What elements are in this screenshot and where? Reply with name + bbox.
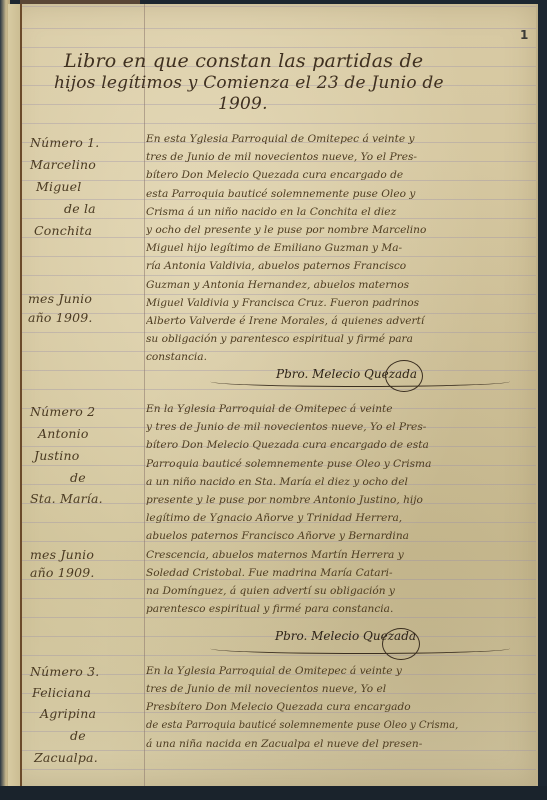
entry-3-line: Presbítero Don Melecio Quezada cura enca… (146, 698, 528, 716)
entry-2-line: abuelos paternos Francisco Añorve y Bern… (146, 527, 528, 545)
entry-3-line: de esta Parroquia bauticé solemnemente p… (146, 717, 528, 735)
entry-2-name-4: Sta. María. (30, 490, 103, 508)
entry-1-line: ría Antonia Valdivia, abuelos paternos F… (146, 257, 528, 275)
entry-2-name-1: Antonio (38, 425, 89, 443)
entry-1-line: tres de Junio de mil novecientos nueve, … (146, 148, 528, 166)
entry-1-line: Guzman y Antonia Hernandez, abuelos mate… (146, 276, 528, 294)
entry-1-line: constancia. (146, 348, 528, 366)
entry-3-number: Número 3. (30, 663, 99, 681)
entry-2-year: año 1909. (30, 564, 95, 582)
entry-3-name-3: de (70, 727, 86, 745)
entry-1-line: Miguel Valdivia y Francisca Cruz. Fueron… (146, 294, 528, 312)
entry-1-name-2: Miguel (36, 178, 81, 196)
entry-1-name-3: de la (64, 200, 96, 218)
entry-2-month: mes Junio (30, 546, 94, 564)
page-left-strip (8, 4, 22, 786)
entry-1-line: En esta Yglesia Parroquial de Omitepec á… (146, 130, 528, 148)
entry-2-number: Número 2 (30, 403, 95, 421)
entry-1-line: Miguel hijo legítimo de Emiliano Guzman … (146, 239, 528, 257)
signature-loop (385, 360, 423, 392)
entry-2-line: y tres de Junio de mil novecientos nueve… (146, 418, 528, 436)
entry-2-line: legítimo de Ygnacio Añorve y Trinidad He… (146, 509, 528, 527)
entry-2-line: Parroquia bauticé solemnemente puse Oleo… (146, 455, 528, 473)
entry-2-line: En la Yglesia Parroquial de Omitepec á v… (146, 400, 528, 418)
signature-flourish (210, 376, 510, 387)
entry-2-line: Crescencia, abuelos maternos Martín Herr… (146, 546, 528, 564)
entry-2-line: Soledad Cristobal. Fue madrina María Cat… (146, 564, 528, 582)
title-line-2: hijos legítimos y Comienza el 23 de Juni… (54, 74, 444, 92)
entry-2-line: na Domínguez, á quien advertí su obligac… (146, 582, 528, 600)
entry-2-line: bítero Don Melecio Quezada cura encargad… (146, 436, 528, 454)
entry-1-body: En esta Yglesia Parroquial de Omitepec á… (146, 130, 528, 367)
entry-2-line: parentesco espiritual y firmé para const… (146, 600, 528, 618)
page-number: 1 (520, 28, 528, 42)
entry-2-body: En la Yglesia Parroquial de Omitepec á v… (146, 400, 528, 618)
entry-3-line: á una niña nacida en Zacualpa el nueve d… (146, 735, 528, 753)
entry-3-name-1: Feliciana (32, 684, 91, 702)
entry-1-line: y ocho del presente y le puse por nombre… (146, 221, 528, 239)
entry-1-line: esta Parroquia bauticé solemnemente puse… (146, 185, 528, 203)
entry-1-line: Alberto Valverde é Irene Morales, á quie… (146, 312, 528, 330)
entry-2-name-3: de (70, 469, 86, 487)
signature-loop (382, 628, 420, 660)
entry-1-line: su obligación y parentesco espiritual y … (146, 330, 528, 348)
entry-3-line: tres de Junio de mil novecientos nueve, … (146, 680, 528, 698)
entry-1-year: año 1909. (28, 309, 93, 327)
scan-bottom-edge (0, 786, 547, 800)
entry-3-body: En la Yglesia Parroquial de Omitepec á v… (146, 662, 528, 753)
entry-3-name-4: Zacualpa. (34, 749, 98, 767)
entry-1-name-4: Conchita (34, 222, 92, 240)
entry-3-name-2: Agripina (40, 705, 96, 723)
entry-1-line: Crisma á un niño nacido en la Conchita e… (146, 203, 528, 221)
entry-2-line: presente y le puse por nombre Antonio Ju… (146, 491, 528, 509)
title-line-3: 1909. (218, 95, 268, 113)
entry-1-number: Número 1. (30, 134, 99, 152)
entry-2-line: a un niño nacido en Sta. María el diez y… (146, 473, 528, 491)
signature-flourish (210, 643, 510, 654)
entry-2-name-2: Justino (34, 447, 79, 465)
entry-1-name-1: Marcelino (30, 156, 96, 174)
title-line-1: Libro en que constan las partidas de (64, 52, 423, 70)
entry-1-line: bítero Don Melecio Quezada cura encargad… (146, 166, 528, 184)
entry-1-month: mes Junio (28, 290, 92, 308)
entry-3-line: En la Yglesia Parroquial de Omitepec á v… (146, 662, 528, 680)
margin-rule (144, 4, 145, 786)
